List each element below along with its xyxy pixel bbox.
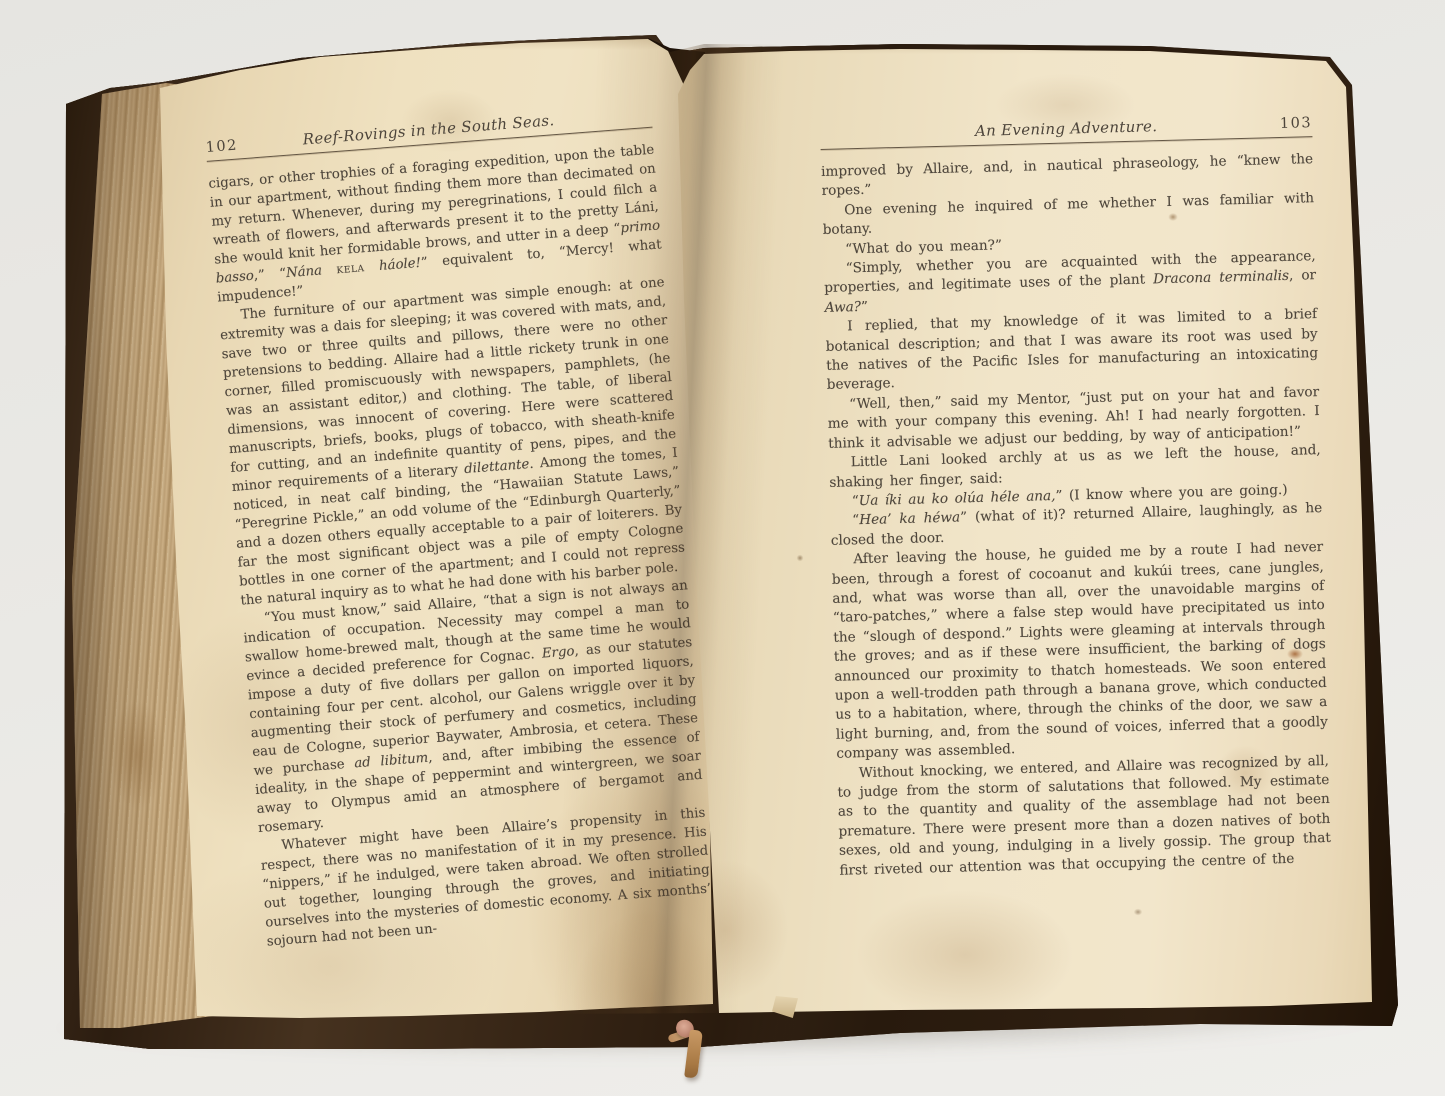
right-running-header: An Evening Adventure. 103 (820, 113, 1312, 144)
left-page: 102 Reef-Rovings in the South Seas. ciga… (150, 36, 720, 1021)
text-segment: ” (861, 299, 868, 315)
right-page: An Evening Adventure. 103 improved by Al… (670, 40, 1380, 1020)
age-stain (108, 700, 166, 810)
paragraph: After leaving the house, he guided me by… (831, 538, 1328, 764)
text-segment: dilettante (464, 457, 530, 477)
text-segment: háole! (379, 256, 422, 274)
left-running-head-title: Reef-Rovings in the South Seas. (253, 107, 604, 152)
text-segment: “Well, then,” said my Mentor, “just put … (828, 384, 1320, 452)
left-page-text: 102 Reef-Rovings in the South Seas. ciga… (205, 104, 713, 952)
text-segment (321, 262, 337, 278)
photo-background: 102 Reef-Rovings in the South Seas. ciga… (0, 0, 1445, 1096)
text-segment: Ua íki au ko olúa héle ana, (859, 488, 1056, 509)
right-page-text: An Evening Adventure. 103 improved by Al… (820, 113, 1332, 881)
text-segment: After leaving the house, he guided me by… (832, 539, 1328, 762)
header-spacer (604, 118, 652, 122)
text-segment: ,” “ (253, 266, 286, 283)
text-segment: “What do you mean?” (845, 237, 1002, 257)
paragraph: Without knocking, we entered, and Allair… (837, 751, 1332, 880)
text-segment: ad libitum (354, 751, 429, 772)
paragraph: I replied, that my knowledge of it was l… (825, 305, 1319, 395)
text-segment: , or (1289, 268, 1316, 285)
page-body-text: improved by Allaire, and, in nautical ph… (821, 150, 1332, 881)
header-spacer (820, 139, 868, 140)
text-segment: I replied, that my knowledge of it was l… (826, 306, 1319, 393)
text-segment (364, 259, 380, 275)
page-body-text: cigars, or other trophies of a foraging … (208, 141, 713, 952)
right-page-number: 103 (1264, 115, 1312, 132)
paragraph: “You must know,” said Allaire, “that a s… (241, 576, 704, 838)
left-page-number: 102 (205, 136, 254, 156)
text-segment: kela (336, 260, 365, 277)
text-segment: Awa? (825, 299, 862, 316)
text-segment: Dracona terminalis (1153, 268, 1289, 288)
text-segment: Ergo (541, 644, 575, 661)
bookmark-tassel (664, 1010, 724, 1090)
text-segment: Nána (286, 263, 323, 281)
paragraph: The furniture of our apartment was simpl… (218, 273, 687, 610)
text-segment: Without knocking, we entered, and Allair… (837, 752, 1331, 878)
text-segment: Hea’ ka héwa (859, 510, 960, 529)
